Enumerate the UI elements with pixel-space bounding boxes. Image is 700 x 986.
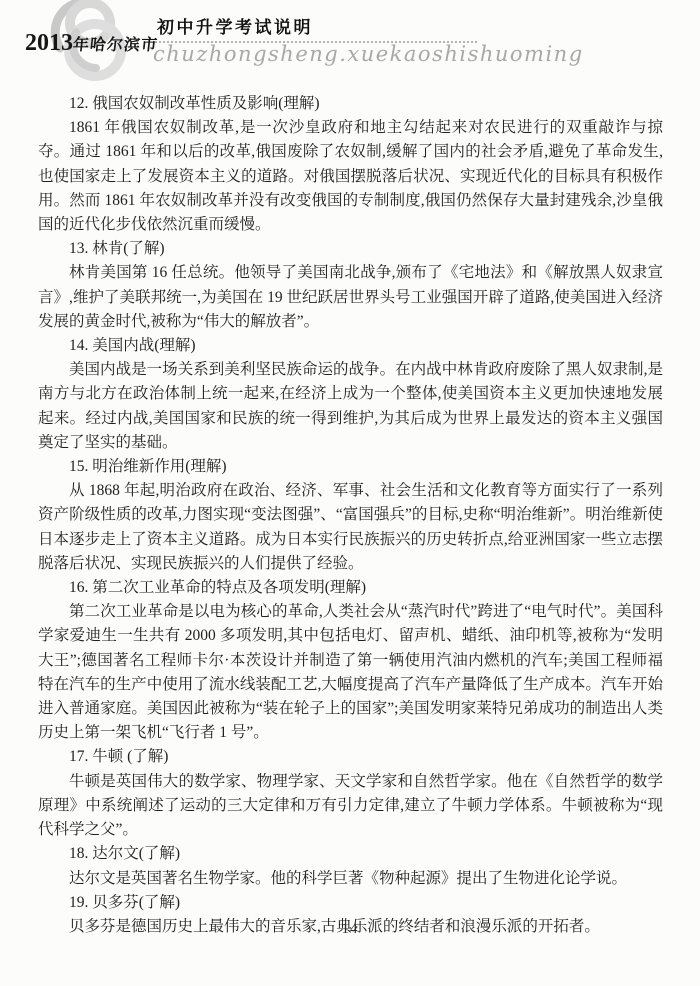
section-body: 第二次工业革命是以电为核心的革命,人类社会从“蒸汽时代”跨进了“电气时代”。美国…	[38, 600, 663, 745]
section-item: 16. 第二次工业革命的特点及各项发明(理解) 第二次工业革命是以电为核心的革命…	[38, 576, 663, 745]
section-title: 15. 明治维新作用(理解)	[38, 455, 663, 479]
section-title: 12. 俄国农奴制改革性质及影响(理解)	[38, 92, 663, 116]
section-item: 14. 美国内战(理解) 美国内战是一场关系到美利坚民族命运的战争。在内战中林肯…	[38, 334, 663, 455]
section-body: 达尔文是英国著名生物学家。他的科学巨著《物种起源》提出了生物进化论学说。	[38, 867, 663, 891]
section-body: 1861 年俄国农奴制改革,是一次沙皇政府和地主勾结起来对农民进行的双重敲诈与掠…	[38, 116, 663, 237]
document-title: 初中升学考试说明	[157, 13, 313, 38]
section-item: 18. 达尔文(了解) 达尔文是英国著名生物学家。他的科学巨著《物种起源》提出了…	[38, 842, 663, 890]
section-body: 美国内战是一场关系到美利坚民族命运的战争。在内战中林肯政府废除了黑人奴隶制,是南…	[38, 358, 663, 455]
section-item: 13. 林肯(了解) 林肯美国第 16 任总统。他领导了美国南北战争,颁布了《宅…	[38, 237, 663, 334]
section-body: 从 1868 年起,明治政府在政治、经济、军事、社会生活和文化教育等方面实行了一…	[38, 479, 663, 576]
edition-year-city-label: 2013年哈尔滨市	[25, 30, 158, 57]
section-item: 12. 俄国农奴制改革性质及影响(理解) 1861 年俄国农奴制改革,是一次沙皇…	[38, 92, 663, 237]
section-title: 14. 美国内战(理解)	[38, 334, 663, 358]
page-footer: 14	[0, 920, 700, 938]
document-body: 12. 俄国农奴制改革性质及影响(理解) 1861 年俄国农奴制改革,是一次沙皇…	[38, 92, 663, 939]
section-title: 17. 牛顿 (了解)	[38, 745, 663, 769]
edition-year: 2013	[25, 30, 73, 56]
page-header: 2013年哈尔滨市 初中升学考试说明 chuzhongsheng.xuekaos…	[0, 0, 700, 90]
section-title: 13. 林肯(了解)	[38, 237, 663, 261]
document-page: 2013年哈尔滨市 初中升学考试说明 chuzhongsheng.xuekaos…	[0, 0, 700, 986]
section-item: 17. 牛顿 (了解) 牛顿是英国伟大的数学家、物理学家、天文学家和自然哲学家。…	[38, 745, 663, 842]
section-body: 牛顿是英国伟大的数学家、物理学家、天文学家和自然哲学家。他在《自然哲学的数学原理…	[38, 770, 663, 843]
page-number: 14	[342, 921, 359, 937]
section-item: 15. 明治维新作用(理解) 从 1868 年起,明治政府在政治、经济、军事、社…	[38, 455, 663, 576]
edition-city: 年哈尔滨市	[72, 32, 159, 55]
section-title: 18. 达尔文(了解)	[38, 842, 663, 866]
section-title: 19. 贝多芬(了解)	[38, 891, 663, 915]
pinyin-subtitle: chuzhongsheng.xuekaoshishuoming	[153, 42, 584, 66]
section-title: 16. 第二次工业革命的特点及各项发明(理解)	[38, 576, 663, 600]
section-body: 林肯美国第 16 任总统。他领导了美国南北战争,颁布了《宅地法》和《解放黑人奴隶…	[38, 261, 663, 334]
